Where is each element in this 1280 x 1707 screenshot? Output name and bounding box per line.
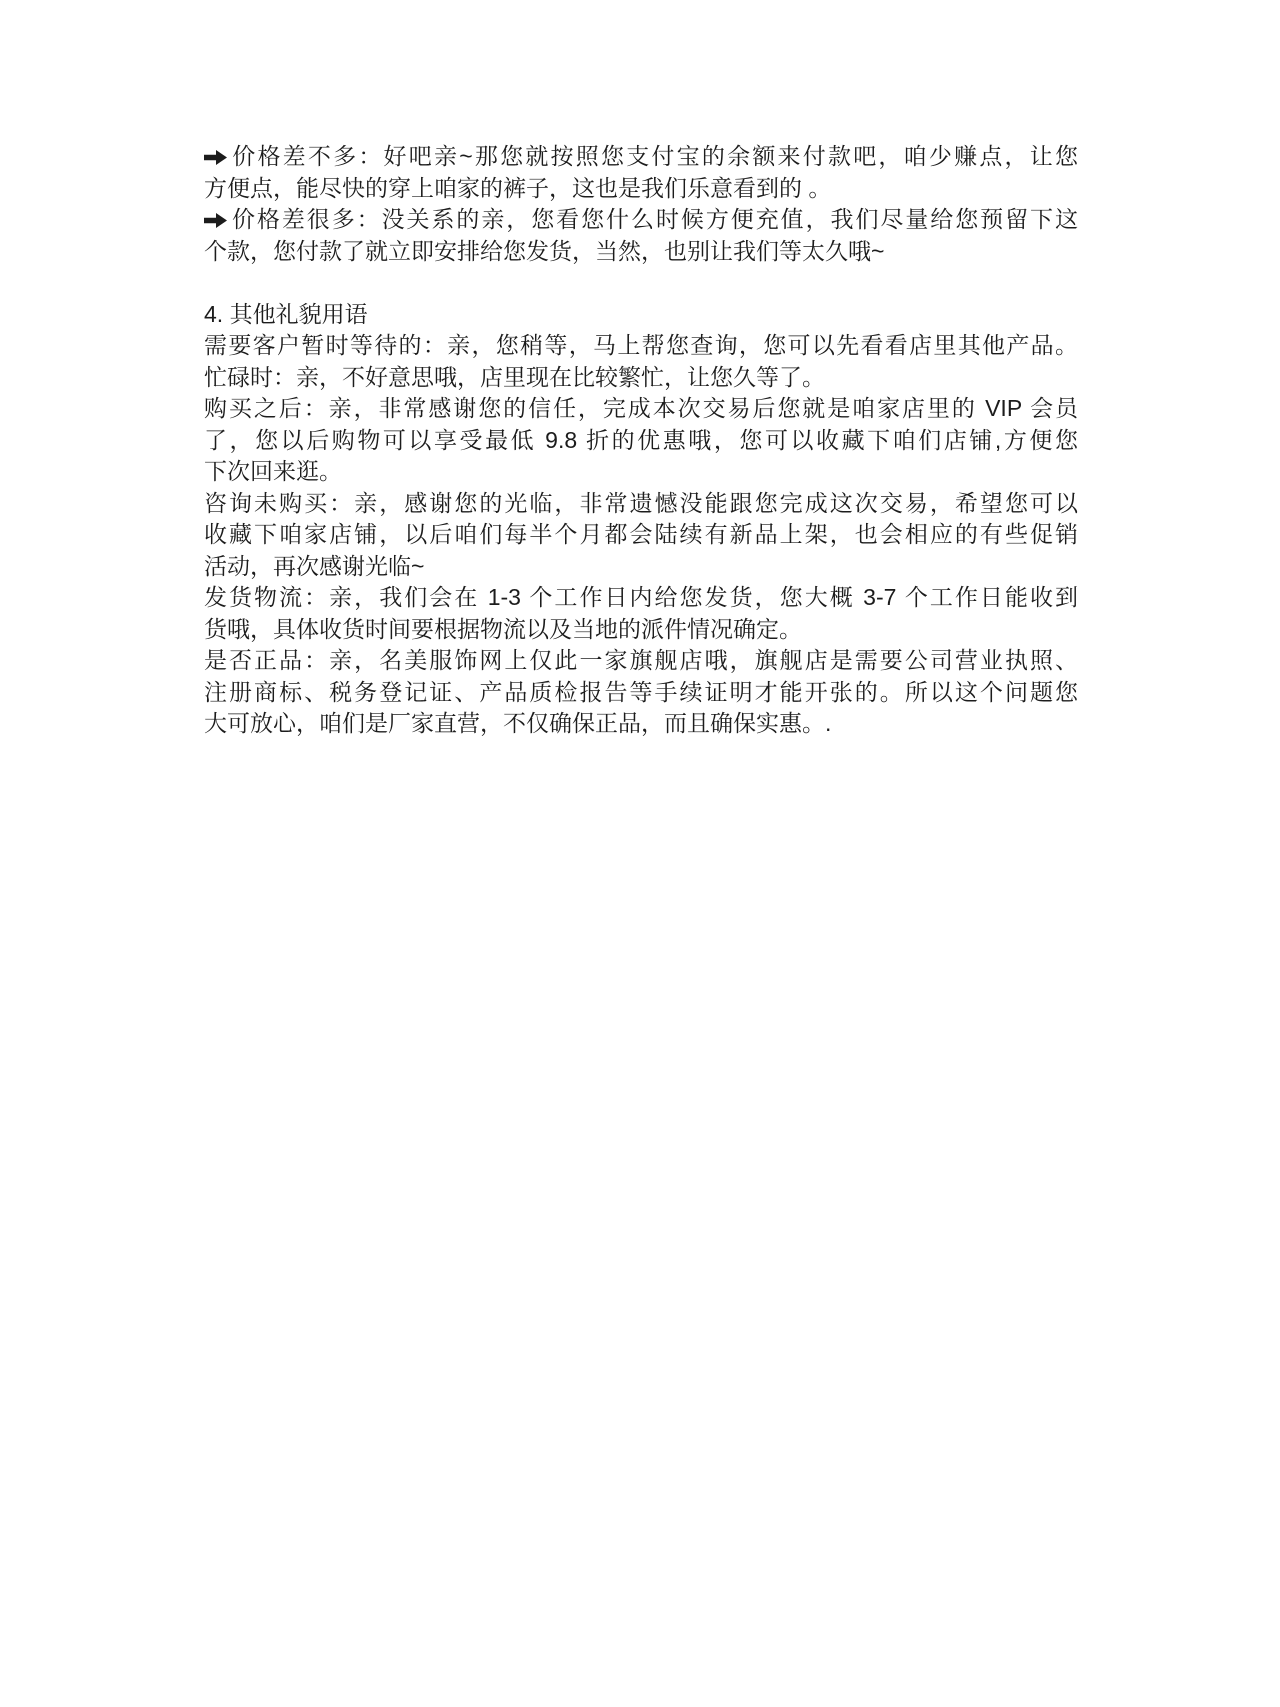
right-arrow-icon (204, 213, 227, 228)
text-line-content: 咨询未购买：亲，感谢您的光临，非常遗憾没能跟您完成这次交易，希望您可以 (204, 490, 1078, 516)
text-line-content: 需要客户暂时等待的：亲，您稍等，马上帮您查询，您可以先看看店里其他产品。 (204, 332, 1078, 358)
document-page: 价格差不多：好吧亲~那您就按照您支付宝的余额来付款吧，咱少赚点，让您 方便点，能… (0, 0, 1280, 1707)
text-line: 购买之后：亲，非常感谢您的信任，完成本次交易后您就是咱家店里的 VIP 会员 (204, 393, 1078, 425)
right-arrow-icon (204, 150, 227, 165)
text-line: 收藏下咱家店铺，以后咱们每半个月都会陆续有新品上架，也会相应的有些促销 (204, 519, 1078, 551)
text-line-content: 大可放心，咱们是厂家直营，不仅确保正品，而且确保实惠。. (204, 710, 831, 736)
text-line-content: 发货物流：亲，我们会在 1-3 个工作日内给您发货，您大概 3-7 个工作日能收… (204, 584, 1078, 610)
text-line: 方便点，能尽快的穿上咱家的裤子，这也是我们乐意看到的 。 (204, 173, 1078, 205)
text-line-content: 价格差很多：没关系的亲，您看您什么时候方便充值，我们尽量给您预留下这 (230, 206, 1078, 232)
text-line: 货哦，具体收货时间要根据物流以及当地的派件情况确定。 (204, 614, 1078, 646)
text-line-content: 活动，再次感谢光临~ (204, 553, 424, 579)
text-line: 价格差很多：没关系的亲，您看您什么时候方便充值，我们尽量给您预留下这 (204, 204, 1078, 236)
text-line: 忙碌时：亲，不好意思哦，店里现在比较繁忙，让您久等了。 (204, 362, 1078, 394)
text-line-content: 了，您以后购物可以享受最低 9.8 折的优惠哦，您可以收藏下咱们店铺,方便您 (204, 427, 1078, 453)
section-heading-text: 4. 其他礼貌用语 (204, 301, 368, 327)
text-line: 发货物流：亲，我们会在 1-3 个工作日内给您发货，您大概 3-7 个工作日能收… (204, 582, 1078, 614)
text-line-content: 购买之后：亲，非常感谢您的信任，完成本次交易后您就是咱家店里的 VIP 会员 (204, 395, 1078, 421)
text-line-content: 方便点，能尽快的穿上咱家的裤子，这也是我们乐意看到的 。 (204, 175, 831, 201)
text-line: 是否正品：亲，名美服饰网上仅此一家旗舰店哦，旗舰店是需要公司营业执照、 (204, 645, 1078, 677)
text-line-content: 下次回来逛。 (204, 458, 342, 484)
text-line: 活动，再次感谢光临~ (204, 551, 1078, 583)
text-line: 咨询未购买：亲，感谢您的光临，非常遗憾没能跟您完成这次交易，希望您可以 (204, 488, 1078, 520)
text-line: 注册商标、税务登记证、产品质检报告等手续证明才能开张的。所以这个问题您 (204, 677, 1078, 709)
text-line: 价格差不多：好吧亲~那您就按照您支付宝的余额来付款吧，咱少赚点，让您 (204, 141, 1078, 173)
section-heading: 4. 其他礼貌用语 (204, 299, 1078, 331)
text-line-content: 注册商标、税务登记证、产品质检报告等手续证明才能开张的。所以这个问题您 (204, 679, 1078, 705)
text-line-content: 个款，您付款了就立即安排给您发货，当然，也别让我们等太久哦~ (204, 238, 884, 264)
text-line: 个款，您付款了就立即安排给您发货，当然，也别让我们等太久哦~ (204, 236, 1078, 268)
text-line: 大可放心，咱们是厂家直营，不仅确保正品，而且确保实惠。. (204, 708, 1078, 740)
text-line-content: 忙碌时：亲，不好意思哦，店里现在比较繁忙，让您久等了。 (204, 364, 825, 390)
text-line: 下次回来逛。 (204, 456, 1078, 488)
text-line-content: 价格差不多：好吧亲~那您就按照您支付宝的余额来付款吧，咱少赚点，让您 (230, 143, 1078, 169)
blank-line (204, 267, 1078, 299)
text-line-content: 货哦，具体收货时间要根据物流以及当地的派件情况确定。 (204, 616, 802, 642)
text-line-content: 是否正品：亲，名美服饰网上仅此一家旗舰店哦，旗舰店是需要公司营业执照、 (204, 647, 1078, 673)
text-line: 需要客户暂时等待的：亲，您稍等，马上帮您查询，您可以先看看店里其他产品。 (204, 330, 1078, 362)
text-line: 了，您以后购物可以享受最低 9.8 折的优惠哦，您可以收藏下咱们店铺,方便您 (204, 425, 1078, 457)
document-body: 价格差不多：好吧亲~那您就按照您支付宝的余额来付款吧，咱少赚点，让您 方便点，能… (204, 141, 1078, 740)
text-line-content: 收藏下咱家店铺，以后咱们每半个月都会陆续有新品上架，也会相应的有些促销 (204, 521, 1078, 547)
